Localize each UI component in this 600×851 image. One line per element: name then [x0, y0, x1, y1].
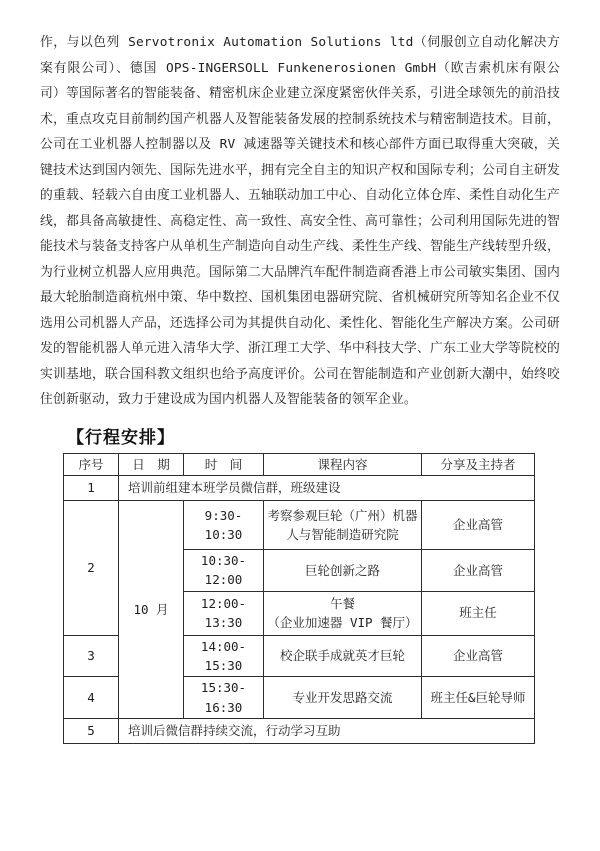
cell-no: 3	[64, 635, 119, 677]
document-page: 作，与以色列 Servotronix Automation Solutions …	[0, 0, 600, 851]
cell-date: 10 月	[119, 500, 184, 718]
cell-host: 企业高管	[422, 500, 535, 549]
cell-time: 15:30-16:30	[184, 677, 264, 719]
cell-course-content: 专业开发思路交流	[264, 677, 422, 719]
table-row: 1 培训前组建本班学员微信群，班级建设	[64, 475, 535, 500]
cell-host: 班主任	[422, 591, 535, 635]
cell-time: 10:30-12:00	[184, 549, 264, 591]
cell-activity: 培训前组建本班学员微信群，班级建设	[119, 475, 535, 500]
course-content-line: （企业加速器 VIP 餐厅）	[266, 613, 419, 632]
cell-no: 4	[64, 677, 119, 719]
cell-no: 1	[64, 475, 119, 500]
table-header-row: 序号 日 期 时 间 课程内容 分享及主持者	[64, 453, 535, 475]
header-cell-content: 课程内容	[264, 453, 422, 475]
header-cell-time: 时 间	[184, 453, 264, 475]
cell-course-content: 午餐 （企业加速器 VIP 餐厅）	[264, 591, 422, 635]
table-row: 5 培训后微信群持续交流，行动学习互助	[64, 719, 535, 744]
table-row: 2 10 月 9:30-10:30 考察参观巨轮（广州）机器人与智能制造研究院 …	[64, 500, 535, 549]
cell-time: 12:00-13:30	[184, 591, 264, 635]
cell-no: 5	[64, 719, 119, 744]
cell-host: 企业高管	[422, 549, 535, 591]
header-cell-no: 序号	[64, 453, 119, 475]
cell-no: 2	[64, 500, 119, 635]
cell-time: 9:30-10:30	[184, 500, 264, 549]
cell-course-content: 巨轮创新之路	[264, 549, 422, 591]
course-content-line: 午餐	[266, 594, 419, 613]
schedule-table: 序号 日 期 时 间 课程内容 分享及主持者 1 培训前组建本班学员微信群，班级…	[63, 453, 535, 745]
cell-activity: 培训后微信群持续交流，行动学习互助	[119, 719, 535, 744]
body-paragraph: 作，与以色列 Servotronix Automation Solutions …	[40, 30, 560, 413]
cell-course-content: 考察参观巨轮（广州）机器人与智能制造研究院	[264, 500, 422, 549]
cell-time: 14:00-15:30	[184, 635, 264, 677]
section-heading: 【行程安排】	[67, 423, 560, 448]
header-cell-host: 分享及主持者	[422, 453, 535, 475]
header-cell-date: 日 期	[119, 453, 184, 475]
cell-host: 企业高管	[422, 635, 535, 677]
cell-course-content: 校企联手成就英才巨轮	[264, 635, 422, 677]
cell-host: 班主任&巨轮导师	[422, 677, 535, 719]
